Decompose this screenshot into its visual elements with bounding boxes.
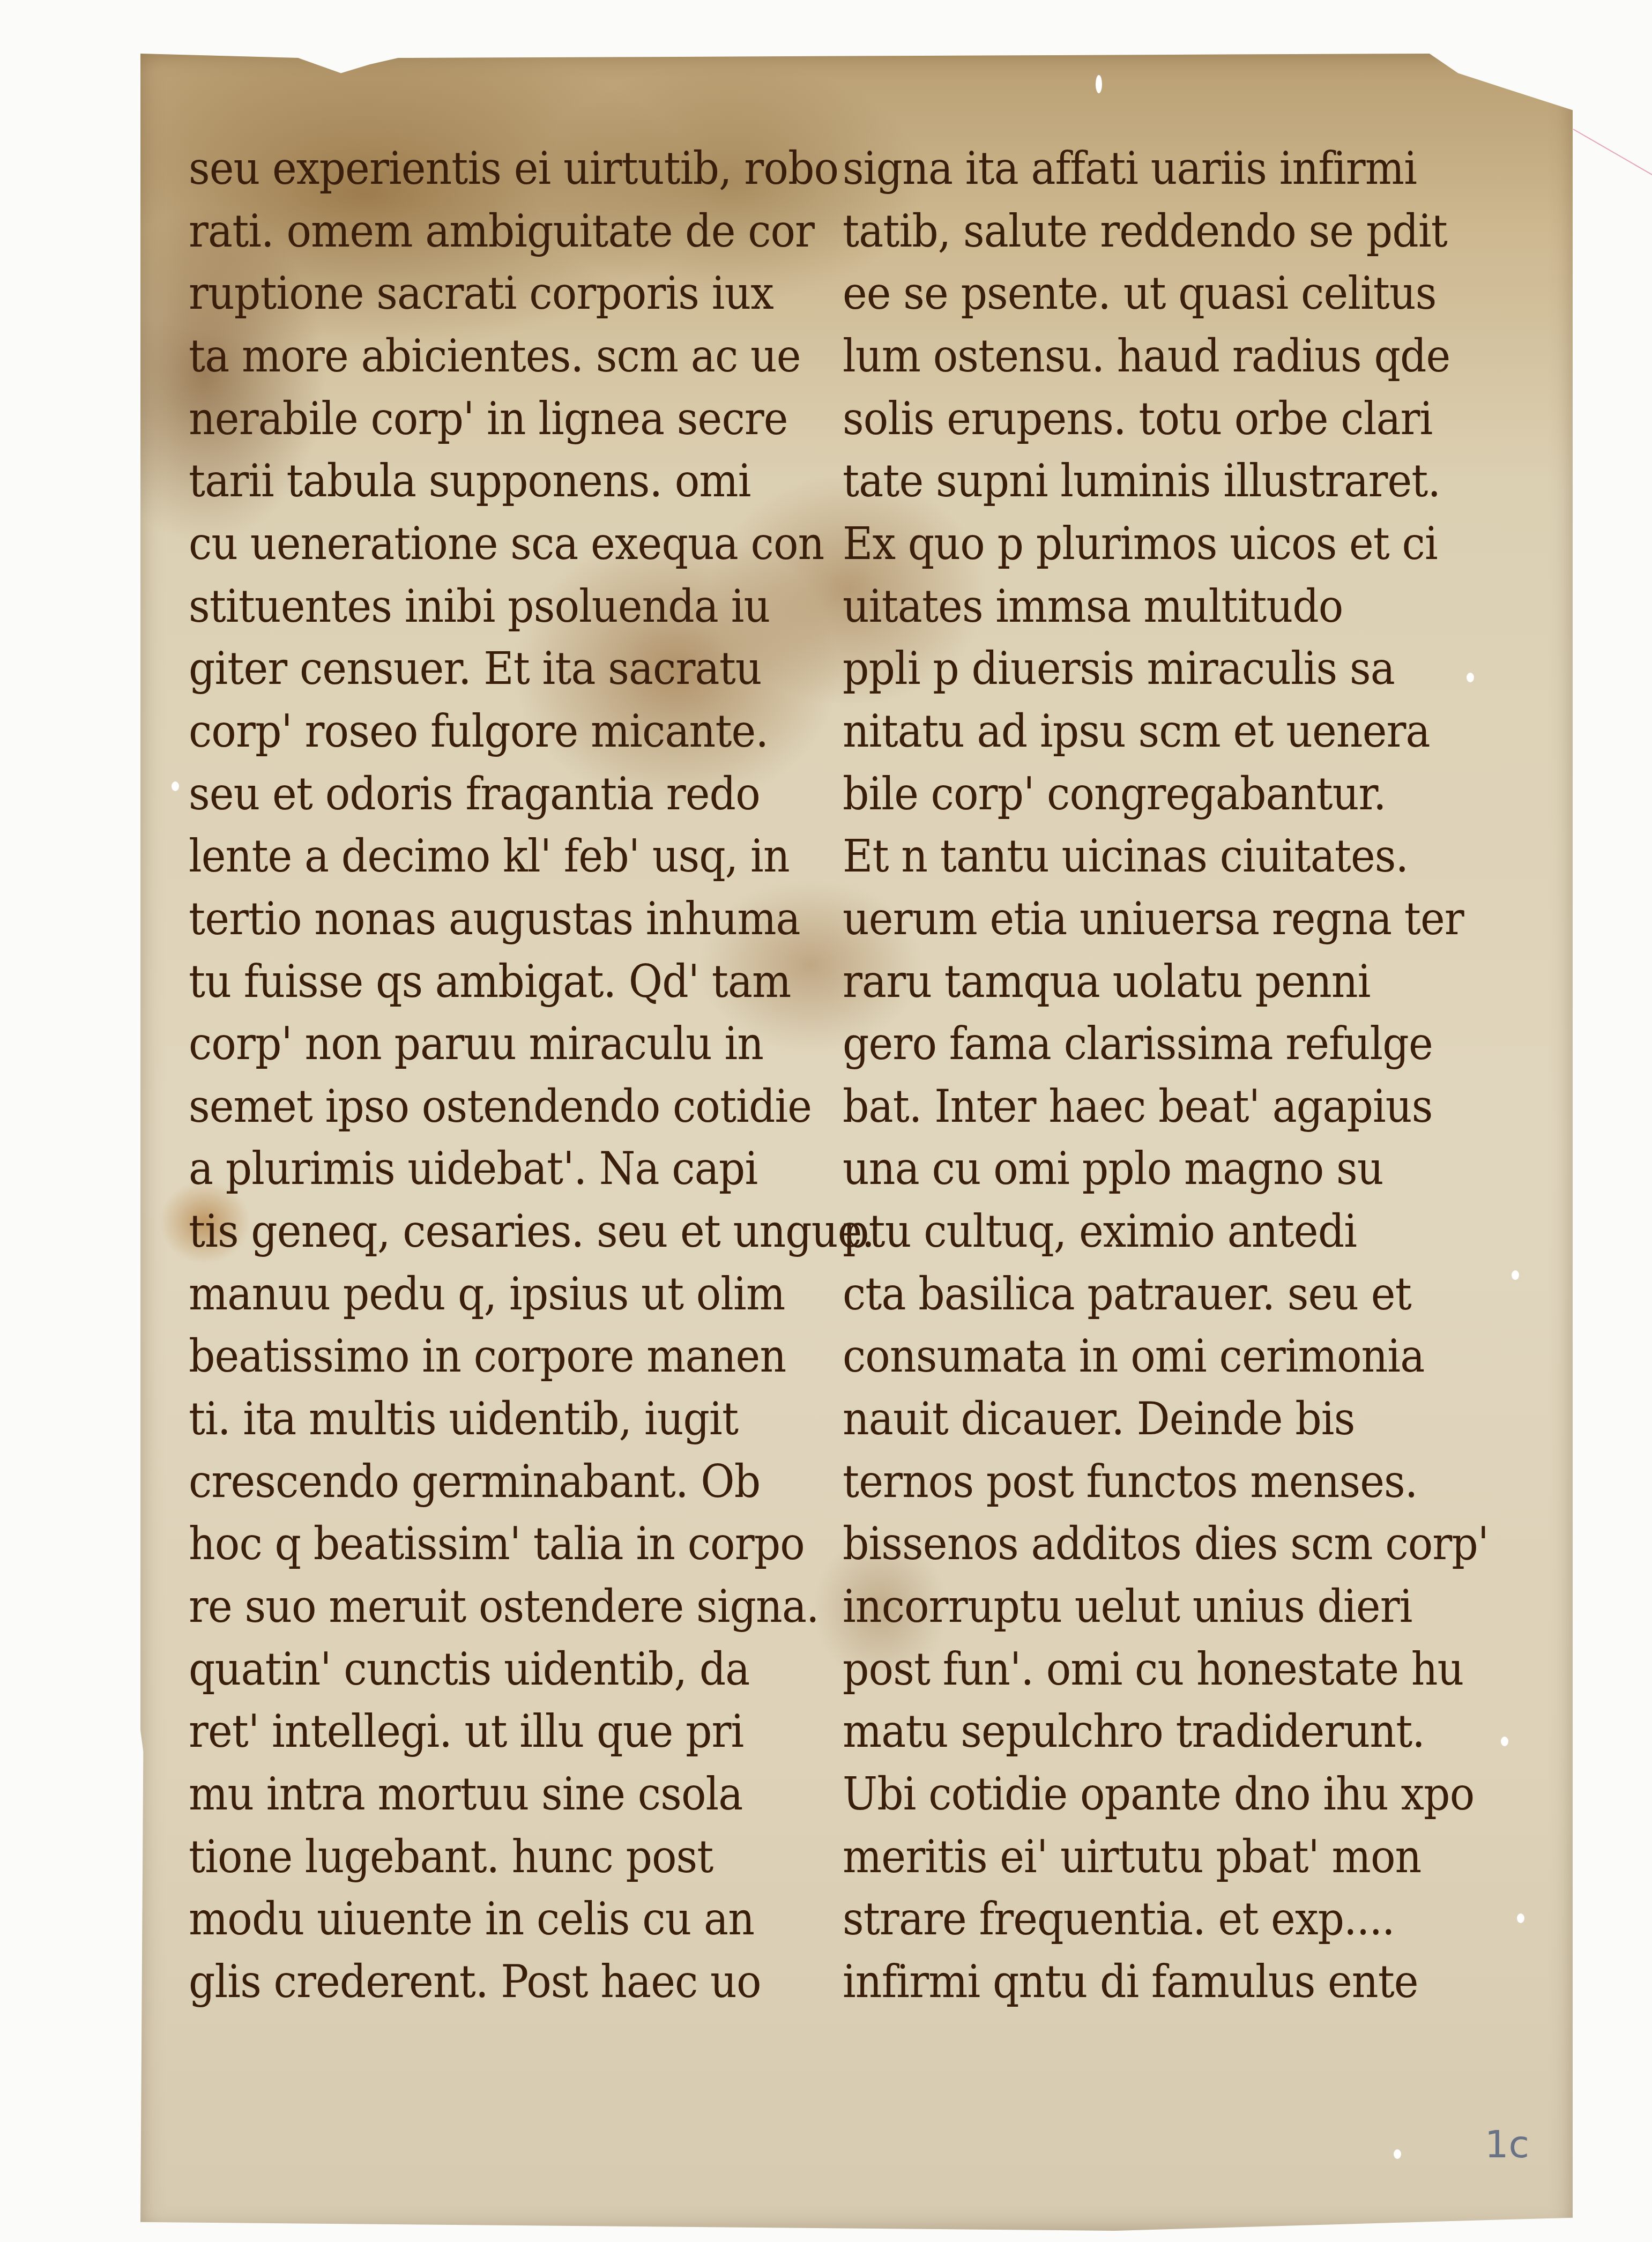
manuscript-line: crescendo germinabant. Ob	[189, 1459, 760, 1504]
parchment-hole	[1096, 75, 1102, 93]
parchment-hole	[1512, 1270, 1519, 1280]
manuscript-line: corp' roseo fulgore micante.	[189, 709, 768, 754]
manuscript-line: cu ueneratione sca exequa con	[189, 521, 824, 566]
manuscript-line: Et n tantu uicinas ciuitates.	[843, 833, 1408, 878]
manuscript-line: glis crederent. Post haec uo	[189, 1959, 761, 2004]
manuscript-line: signa ita affati uariis infirmi	[843, 146, 1417, 191]
manuscript-line: ptu cultuq, eximio antedi	[843, 1209, 1357, 1254]
parchment-hole	[1517, 1913, 1524, 1923]
manuscript-line: re suo meruit ostendere signa.	[189, 1584, 819, 1629]
manuscript-line: ta more abicientes. scm ac ue	[189, 333, 801, 378]
manuscript-line: post fun'. omi cu honestate hu	[843, 1647, 1463, 1692]
manuscript-line: ti. ita multis uidentib, iugit	[189, 1396, 738, 1441]
manuscript-line: bat. Inter haec beat' agapius	[843, 1084, 1432, 1129]
manuscript-line: rati. omem ambiguitate de cor	[189, 208, 814, 254]
manuscript-line: tu fuisse qs ambigat. Qd' tam	[189, 959, 791, 1004]
manuscript-line: uitates immsa multitudo	[843, 584, 1343, 629]
manuscript-line: consumata in omi cerimonia	[843, 1334, 1424, 1379]
manuscript-line: incorruptu uelut unius dieri	[843, 1584, 1412, 1629]
manuscript-line: gero fama clarissima refulge	[843, 1021, 1433, 1066]
manuscript-line: raru tamqua uolatu penni	[843, 959, 1370, 1004]
manuscript-line: ruptione sacrati corporis iux	[189, 271, 773, 316]
manuscript-line: manuu pedu q, ipsius ut olim	[189, 1271, 785, 1316]
manuscript-line: tate supni luminis illustraret.	[843, 458, 1440, 503]
manuscript-line: quatin' cunctis uidentib, da	[189, 1647, 749, 1692]
manuscript-line: stituentes inibi psoluenda iu	[189, 584, 770, 629]
manuscript-line: ret' intellegi. ut illu que pri	[189, 1709, 743, 1754]
manuscript-line: ppli p diuersis miraculis sa	[843, 646, 1395, 691]
manuscript-line: nerabile corp' in lignea secre	[189, 396, 788, 441]
manuscript-line: bile corp' congregabantur.	[843, 771, 1386, 816]
manuscript-line: mu intra mortuu sine csola	[189, 1771, 742, 1816]
manuscript-line: cta basilica patrauer. seu et	[843, 1271, 1411, 1316]
manuscript-line: nauit dicauer. Deinde bis	[843, 1396, 1355, 1441]
manuscript-line: seu et odoris fragantia redo	[189, 771, 760, 816]
manuscript-line: lum ostensu. haud radius qde	[843, 333, 1450, 378]
parchment-hole	[1394, 2149, 1401, 2159]
manuscript-line: uerum etia uniuersa regna ter	[843, 896, 1464, 941]
scan-guide-line	[1573, 129, 1652, 183]
manuscript-line: una cu omi pplo magno su	[843, 1146, 1383, 1191]
folio-pencil-mark: 1c	[1485, 2122, 1529, 2166]
manuscript-line: bissenos additos dies scm corp'	[843, 1521, 1489, 1566]
manuscript-line: infirmi qntu di famulus ente	[843, 1959, 1418, 2004]
parchment-hole	[1467, 673, 1474, 682]
manuscript-line: seu experientis ei uirtutib, robo	[189, 146, 838, 191]
manuscript-line: giter censuer. Et ita sacratu	[189, 646, 762, 691]
manuscript-line: nitatu ad ipsu scm et uenera	[843, 709, 1430, 754]
manuscript-line: tertio nonas augustas inhuma	[189, 896, 800, 941]
manuscript-line: Ubi cotidie opante dno ihu xpo	[843, 1771, 1474, 1816]
manuscript-line: tione lugebant. hunc post	[189, 1834, 713, 1879]
manuscript-line: tatib, salute reddendo se pdit	[843, 208, 1447, 254]
manuscript-line: solis erupens. totu orbe clari	[843, 396, 1432, 441]
parchment-hole	[1501, 1737, 1508, 1746]
manuscript-line: Ex quo p plurimos uicos et ci	[843, 521, 1438, 566]
manuscript-line: tis geneq, cesaries. seu et ungue.	[189, 1209, 874, 1254]
manuscript-line: beatissimo in corpore manen	[189, 1334, 786, 1379]
manuscript-line: a plurimis uidebat'. Na capi	[189, 1146, 757, 1191]
manuscript-line: hoc q beatissim' talia in corpo	[189, 1521, 805, 1566]
manuscript-line: corp' non paruu miraculu in	[189, 1021, 763, 1066]
manuscript-line: semet ipso ostendendo cotidie	[189, 1084, 812, 1129]
manuscript-line: ternos post functos menses.	[843, 1459, 1417, 1504]
manuscript-line: meritis ei' uirtutu pbat' mon	[843, 1834, 1421, 1879]
manuscript-line: ee se psente. ut quasi celitus	[843, 271, 1437, 316]
manuscript-line: strare frequentia. et exp....	[843, 1896, 1395, 1941]
manuscript-line: matu sepulchro tradiderunt.	[843, 1709, 1425, 1754]
parchment-hole	[172, 781, 179, 791]
manuscript-line: tarii tabula supponens. omi	[189, 458, 750, 503]
manuscript-line: lente a decimo kl' feb' usq, in	[189, 833, 790, 878]
manuscript-line: modu uiuente in celis cu an	[189, 1896, 754, 1941]
